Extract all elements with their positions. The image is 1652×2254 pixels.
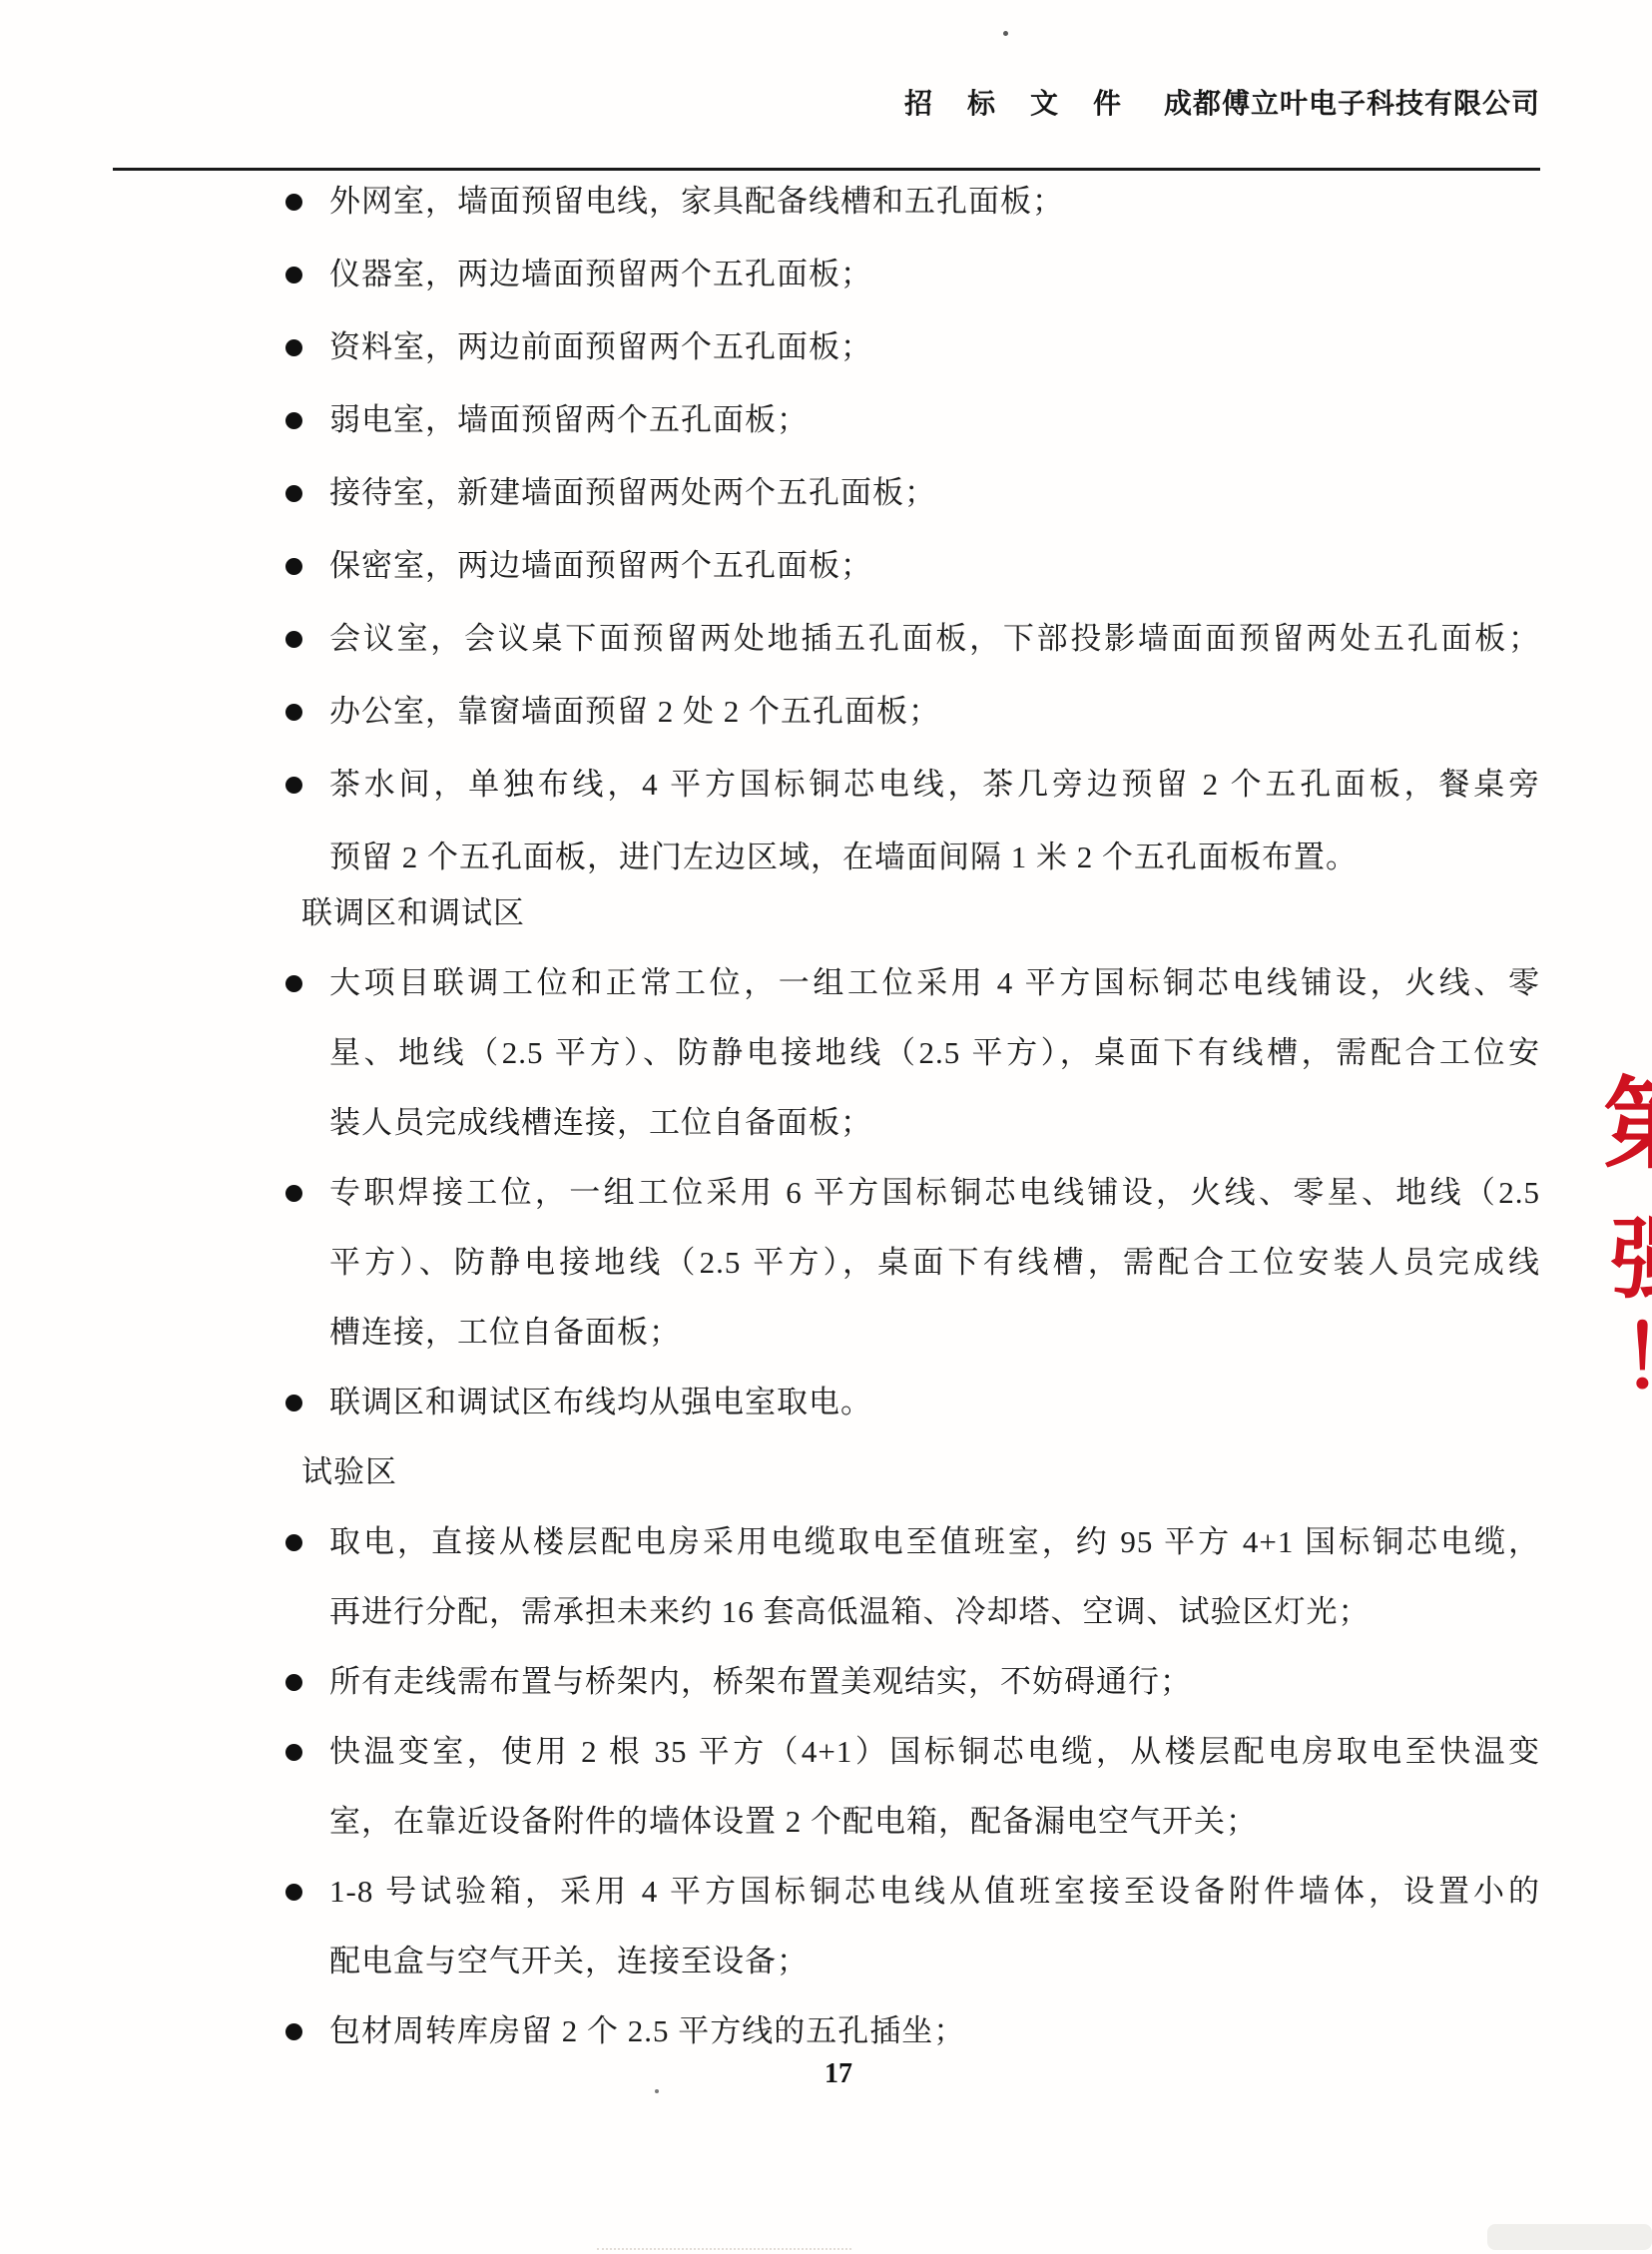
- bullet-icon: [285, 1674, 302, 1691]
- bullet-icon: [285, 777, 302, 794]
- text-line: 专职焊接工位，一组工位采用 6 平方国标铜芯电线铺设，火线、零星、地线（2.5: [329, 1157, 1540, 1229]
- scan-speck: [655, 2089, 659, 2093]
- scan-smudge: [1487, 2224, 1652, 2250]
- line-text: 专职焊接工位，一组工位采用 6 平方国标铜芯电线铺设，火线、零星、地线（2.5: [329, 1157, 1540, 1229]
- line-text: 平方）、防静电接地线（2.5 平方），桌面下有线槽，需配合工位安装人员完成线: [329, 1227, 1540, 1299]
- line-text: 取电，直接从楼层配电房采用电缆取电至值班室，约 95 平方 4+1 国标铜芯电缆…: [329, 1506, 1540, 1578]
- line-text: 联调区和调试区布线均从强电室取电。: [329, 1367, 1540, 1438]
- line-text: 联调区和调试区: [301, 877, 1512, 949]
- line-text: 资料室，两边前面预留两个五孔面板；: [329, 311, 1540, 383]
- text-line: 资料室，两边前面预留两个五孔面板；: [329, 311, 1540, 383]
- text-line: 办公室，靠窗墙面预留 2 处 2 个五孔面板；: [329, 676, 1540, 748]
- line-text: 外网室，墙面预留电线，家具配备线槽和五孔面板；: [329, 166, 1540, 238]
- bullet-icon: [285, 485, 302, 502]
- bullet-icon: [285, 1185, 302, 1202]
- text-line: 联调区和调试区布线均从强电室取电。: [329, 1367, 1540, 1438]
- text-line: 快温变室，使用 2 根 35 平方（4+1）国标铜芯电缆，从楼层配电房取电至快温…: [329, 1716, 1540, 1788]
- text-line: 装人员完成线槽连接，工位自备面板；: [329, 1087, 1540, 1159]
- line-text: 室，在靠近设备附件的墙体设置 2 个配电箱，配备漏电空气开关；: [329, 1786, 1540, 1858]
- text-line: 取电，直接从楼层配电房采用电缆取电至值班室，约 95 平方 4+1 国标铜芯电缆…: [329, 1506, 1540, 1578]
- bullet-icon: [285, 1744, 302, 1761]
- text-line: 外网室，墙面预留电线，家具配备线槽和五孔面板；: [329, 166, 1540, 238]
- text-line: 室，在靠近设备附件的墙体设置 2 个配电箱，配备漏电空气开关；: [329, 1786, 1540, 1858]
- bullet-icon: [285, 339, 302, 356]
- page-header: 招 标 文 件 成都傅立叶电子科技有限公司: [904, 82, 1540, 122]
- bullet-icon: [285, 704, 302, 721]
- line-text: 试验区: [301, 1436, 1512, 1508]
- line-text: 配电盒与空气开关，连接至设备；: [329, 1926, 1540, 1997]
- text-line: 弱电室，墙面预留两个五孔面板；: [329, 384, 1540, 456]
- line-text: 槽连接，工位自备面板；: [329, 1297, 1540, 1369]
- bullet-icon: [285, 267, 302, 283]
- line-text: 接待室，新建墙面预留两处两个五孔面板；: [329, 457, 1540, 529]
- red-stamp-fragment: 强: [1611, 1218, 1652, 1306]
- bullet-icon: [285, 1534, 302, 1551]
- text-line: 星、地线（2.5 平方）、防静电接地线（2.5 平方），桌面下有线槽，需配合工位…: [329, 1017, 1540, 1089]
- bullet-icon: [285, 1884, 302, 1901]
- scan-speck: [1003, 31, 1008, 36]
- text-line: 配电盒与空气开关，连接至设备；: [329, 1926, 1540, 1997]
- page-number: 17: [0, 2058, 1652, 2090]
- text-line: 茶水间，单独布线，4 平方国标铜芯电线，茶几旁边预留 2 个五孔面板，餐桌旁: [329, 749, 1540, 821]
- section-heading: 试验区: [301, 1436, 1512, 1508]
- line-text: 茶水间，单独布线，4 平方国标铜芯电线，茶几旁边预留 2 个五孔面板，餐桌旁: [329, 749, 1540, 821]
- text-line: 包材周转库房留 2 个 2.5 平方线的五孔插坐；: [329, 1995, 1540, 2067]
- line-text: 弱电室，墙面预留两个五孔面板；: [329, 384, 1540, 456]
- bullet-icon: [285, 631, 302, 648]
- bullet-icon: [285, 194, 302, 211]
- scan-artifact: [597, 2248, 851, 2250]
- line-text: 星、地线（2.5 平方）、防静电接地线（2.5 平方），桌面下有线槽，需配合工位…: [329, 1017, 1540, 1089]
- text-line: 1-8 号试验箱，采用 4 平方国标铜芯电线从值班室接至设备附件墙体，设置小的: [329, 1856, 1540, 1928]
- text-line: 再进行分配，需承担未来约 16 套高低温箱、冷却塔、空调、试验区灯光；: [329, 1576, 1540, 1648]
- text-line: 接待室，新建墙面预留两处两个五孔面板；: [329, 457, 1540, 529]
- document-page: 招 标 文 件 成都傅立叶电子科技有限公司 外网室，墙面预留电线，家具配备线槽和…: [0, 0, 1652, 2254]
- line-text: 仪器室，两边墙面预留两个五孔面板；: [329, 239, 1540, 310]
- bullet-icon: [285, 558, 302, 575]
- bullet-icon: [285, 412, 302, 429]
- text-line: 槽连接，工位自备面板；: [329, 1297, 1540, 1369]
- header-doc-type: 招 标 文 件: [904, 89, 1135, 120]
- line-text: 快温变室，使用 2 根 35 平方（4+1）国标铜芯电缆，从楼层配电房取电至快温…: [329, 1716, 1540, 1788]
- line-text: 会议室，会议桌下面预留两处地插五孔面板，下部投影墙面面预留两处五孔面板；: [329, 603, 1540, 675]
- line-text: 办公室，靠窗墙面预留 2 处 2 个五孔面板；: [329, 676, 1540, 748]
- bullet-icon: [285, 2023, 302, 2040]
- line-text: 所有走线需布置与桥架内，桥架布置美观结实，不妨碍通行；: [329, 1646, 1540, 1718]
- text-line: 大项目联调工位和正常工位，一组工位采用 4 平方国标铜芯电线铺设，火线、零: [329, 947, 1540, 1019]
- text-line: 所有走线需布置与桥架内，桥架布置美观结实，不妨碍通行；: [329, 1646, 1540, 1718]
- line-text: 大项目联调工位和正常工位，一组工位采用 4 平方国标铜芯电线铺设，火线、零: [329, 947, 1540, 1019]
- line-text: 包材周转库房留 2 个 2.5 平方线的五孔插坐；: [329, 1995, 1540, 2067]
- bullet-icon: [285, 975, 302, 992]
- red-stamp-fragment: ！: [1621, 1316, 1652, 1402]
- line-text: 装人员完成线槽连接，工位自备面板；: [329, 1087, 1540, 1159]
- text-line: 会议室，会议桌下面预留两处地插五孔面板，下部投影墙面面预留两处五孔面板；: [329, 603, 1540, 675]
- text-line: 仪器室，两边墙面预留两个五孔面板；: [329, 239, 1540, 310]
- text-line: 保密室，两边墙面预留两个五孔面板；: [329, 530, 1540, 602]
- line-text: 1-8 号试验箱，采用 4 平方国标铜芯电线从值班室接至设备附件墙体，设置小的: [329, 1856, 1540, 1928]
- line-text: 再进行分配，需承担未来约 16 套高低温箱、冷却塔、空调、试验区灯光；: [329, 1576, 1540, 1648]
- text-line: 平方）、防静电接地线（2.5 平方），桌面下有线槽，需配合工位安装人员完成线: [329, 1227, 1540, 1299]
- header-company-name: 成都傅立叶电子科技有限公司: [1164, 89, 1540, 120]
- bullet-icon: [285, 1395, 302, 1411]
- section-heading: 联调区和调试区: [301, 877, 1512, 949]
- red-stamp-fragment: 第: [1603, 1076, 1652, 1176]
- line-text: 保密室，两边墙面预留两个五孔面板；: [329, 530, 1540, 602]
